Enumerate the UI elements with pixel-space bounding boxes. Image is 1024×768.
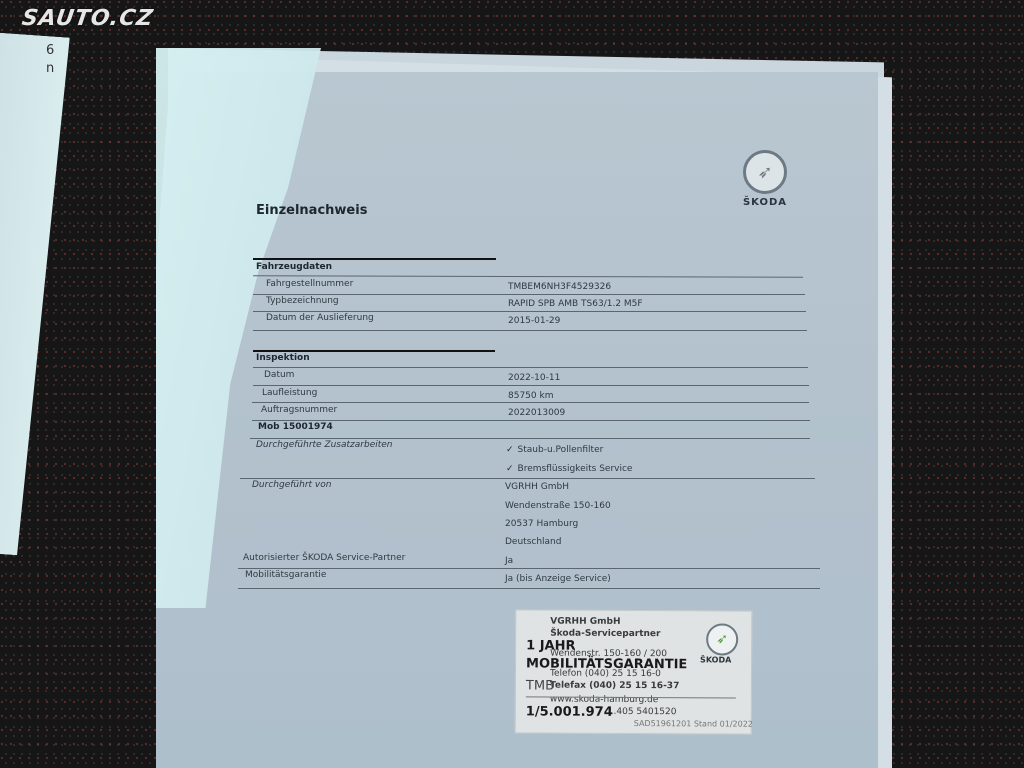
row-divider bbox=[238, 568, 820, 569]
row-label: Autorisierter ŠKODA Service-Partner bbox=[243, 553, 405, 563]
row-value-authorized-partner: Ja bbox=[505, 556, 513, 566]
section-bar bbox=[253, 350, 495, 352]
row-divider bbox=[252, 402, 809, 403]
row-label: Fahrgestellnummer bbox=[266, 279, 353, 289]
skoda-winged-arrow-icon: ➶ bbox=[706, 623, 738, 655]
row-label: Mobilitätsgarantie bbox=[245, 570, 326, 580]
stamp-dealer-line: Škoda-Servicepartner bbox=[550, 629, 660, 640]
row-label: Auftragsnummer bbox=[261, 405, 337, 415]
checklist-item: ✓Bremsflüssigkeits Service bbox=[506, 464, 632, 474]
row-divider bbox=[253, 330, 807, 331]
stamp-overprint: 1 JAHR bbox=[526, 638, 575, 653]
document-content: Einzelnachweis ➶ ŠKODA Fahrzeugdaten Fah… bbox=[0, 0, 1024, 768]
section-bar bbox=[253, 258, 496, 260]
row-divider bbox=[240, 478, 815, 479]
row-value-inspection-date: 2022-10-11 bbox=[508, 373, 560, 383]
stamp-dealer-line: ...405 5401520 bbox=[608, 707, 677, 717]
row-label-mob: Mob 15001974 bbox=[258, 422, 333, 432]
address-line: VGRHH GmbH bbox=[505, 482, 569, 492]
row-divider bbox=[250, 438, 810, 439]
row-divider bbox=[253, 385, 809, 386]
row-value-order-number: 2022013009 bbox=[508, 408, 565, 418]
sauto-watermark: SAUTO.CZ bbox=[20, 6, 155, 31]
row-label: Durchgeführt von bbox=[252, 480, 331, 490]
row-value-delivery-date: 2015-01-29 bbox=[508, 316, 560, 326]
dealer-stamp-sticker: VGRHH GmbH Škoda-Servicepartner Wendenst… bbox=[515, 609, 753, 734]
row-divider bbox=[253, 311, 806, 312]
document-title: Einzelnachweis bbox=[256, 203, 367, 218]
row-divider bbox=[238, 588, 820, 589]
stamp-dealer-line: Telefax (040) 25 15 16-37 bbox=[550, 681, 679, 692]
skoda-winged-arrow-icon: ➶ bbox=[743, 150, 787, 194]
row-label: Laufleistung bbox=[262, 388, 317, 398]
brand-name: ŠKODA bbox=[735, 197, 795, 208]
address-line: 20537 Hamburg bbox=[505, 519, 578, 529]
checkmark-icon: ✓ bbox=[506, 445, 514, 455]
row-divider bbox=[252, 420, 810, 421]
row-label: Datum der Auslieferung bbox=[266, 313, 374, 323]
checklist-label: Bremsflüssigkeits Service bbox=[518, 464, 633, 474]
row-divider bbox=[253, 367, 808, 368]
row-value-type: RAPID SPB AMB TS63/1.2 M5F bbox=[508, 299, 643, 309]
stamp-overprint: 1/5.001.974 bbox=[526, 704, 613, 719]
stamp-footer: SAD51961201 Stand 01/2022 bbox=[634, 719, 753, 729]
checkmark-icon: ✓ bbox=[506, 464, 514, 474]
section-heading-fahrzeugdaten: Fahrzeugdaten bbox=[256, 262, 332, 272]
row-label: Datum bbox=[264, 370, 294, 380]
stamp-overprint: TMB bbox=[526, 678, 554, 693]
row-label: Durchgeführte Zusatzarbeiten bbox=[256, 440, 393, 450]
address-line: Deutschland bbox=[505, 537, 561, 547]
stamp-dealer-line: VGRHH GmbH bbox=[550, 617, 620, 627]
checklist-item: ✓Staub-u.Pollenfilter bbox=[506, 445, 603, 455]
address-line: Wendenstraße 150-160 bbox=[505, 501, 611, 511]
row-value-vin: TMBEM6NH3F4529326 bbox=[508, 282, 611, 292]
skoda-brand: ➶ ŠKODA bbox=[735, 150, 795, 208]
row-value-mobility-guarantee: Ja (bis Anzeige Service) bbox=[505, 574, 611, 584]
row-label: Typbezeichnung bbox=[266, 296, 339, 306]
stamp-brand-name: ŠKODA bbox=[700, 655, 731, 664]
row-value-mileage: 85750 km bbox=[508, 391, 553, 401]
row-divider bbox=[253, 275, 803, 277]
section-heading-inspektion: Inspektion bbox=[256, 353, 310, 363]
checklist-label: Staub-u.Pollenfilter bbox=[518, 445, 604, 455]
row-divider bbox=[253, 294, 805, 295]
stamp-overprint: MOBILITÄTSGARANTIE bbox=[526, 656, 687, 672]
